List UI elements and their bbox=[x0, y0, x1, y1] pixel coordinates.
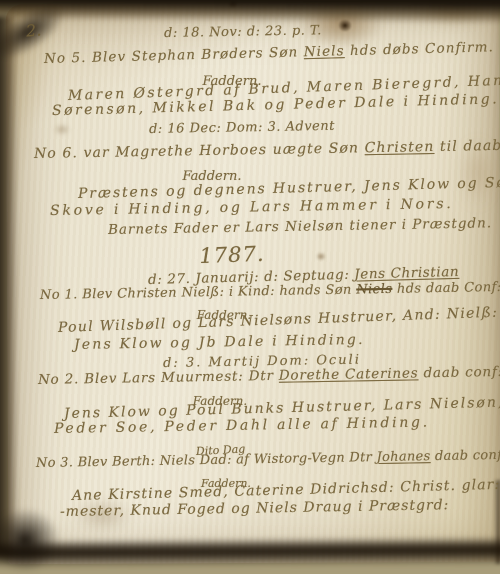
handwriting-segment: daab conf: bbox=[430, 448, 500, 464]
father-note-line: Barnets Fader er Lars Nielsøn tiener i P… bbox=[108, 215, 492, 238]
entry-no6-line: No 6. var Magrethe Horboes uægte Søn Chr… bbox=[34, 137, 500, 162]
handwriting-segment: Jens Christian bbox=[354, 264, 459, 283]
handwriting-segment: Jens Klow og Jb Dale i Hinding. bbox=[74, 332, 365, 353]
handwriting-segment: No 5. Blev Stephan Brøders Søn bbox=[44, 44, 304, 67]
handwriting-segment: No 1. Blev Christen Nielß: i Kind: hands… bbox=[40, 282, 357, 303]
godparents-no1-line1: Poul Wilsbøll og Lars Nielsøns Hustruer,… bbox=[58, 305, 499, 336]
handwriting-segment: No 2. Blev Lars Muurmest: Dtr bbox=[38, 368, 279, 388]
entry-no1-line: No 1. Blev Christen Nielß: i Kind: hands… bbox=[40, 280, 500, 303]
year-heading: 1787. bbox=[199, 242, 265, 268]
entry-no2-line: No 2. Blev Lars Muurmest: Dtr Dorethe Ca… bbox=[38, 364, 500, 388]
entry-no3-line: No 3. Blev Berth: Niels Dad: af Wistorg-… bbox=[36, 448, 500, 471]
handwriting-segment: Niels bbox=[356, 282, 392, 298]
handwriting-segment: Niels bbox=[304, 43, 345, 60]
handwriting-segment: Dorethe Caterines bbox=[279, 365, 419, 383]
handwriting-segment: Barnets Fader er Lars Nielsøn tiener i P… bbox=[108, 215, 492, 238]
handwriting-segment: No 3. Blev Berth: Niels Dad: af Wistorg-… bbox=[36, 450, 377, 471]
handwriting-segment: Poul Wilsbøll og Lars Nielsøns Hustruer,… bbox=[58, 305, 499, 336]
date-line-nov: d: 18. Nov: d: 23. p. T. bbox=[164, 23, 322, 41]
handwriting-segment: daab conf: bbox=[418, 364, 500, 381]
handwriting-segment: d: 18. Nov: d: 23. p. T. bbox=[164, 23, 322, 41]
handwriting-segment: d: 16 Dec: Dom: 3. Advent bbox=[149, 119, 335, 137]
handwriting-segment: No 6. var Magrethe Horboes uægte Søn bbox=[34, 140, 365, 162]
entry-no5-line: No 5. Blev Stephan Brøders Søn Niels hds… bbox=[44, 39, 494, 67]
handwriting-segment: 1787. bbox=[199, 242, 265, 268]
handwriting-segment: til daaben, bbox=[434, 137, 500, 155]
handwriting-segment: hds døbs Confirm. bbox=[344, 39, 494, 59]
handwriting-segment: Johanes bbox=[376, 449, 430, 465]
handwriting-segment: Christen bbox=[364, 139, 434, 156]
handwriting-segment: hds daab Conf: bbox=[392, 280, 500, 297]
godparents-no1-line2: Jens Klow og Jb Dale i Hinding. bbox=[74, 332, 365, 353]
manuscript-lines: d: 18. Nov: d: 23. p. T.No 5. Blev Steph… bbox=[0, 0, 500, 574]
manuscript-photo: 2. d: 18. Nov: d: 23. p. T.No 5. Blev St… bbox=[0, 0, 500, 574]
date-line-dec: d: 16 Dec: Dom: 3. Advent bbox=[149, 119, 335, 137]
